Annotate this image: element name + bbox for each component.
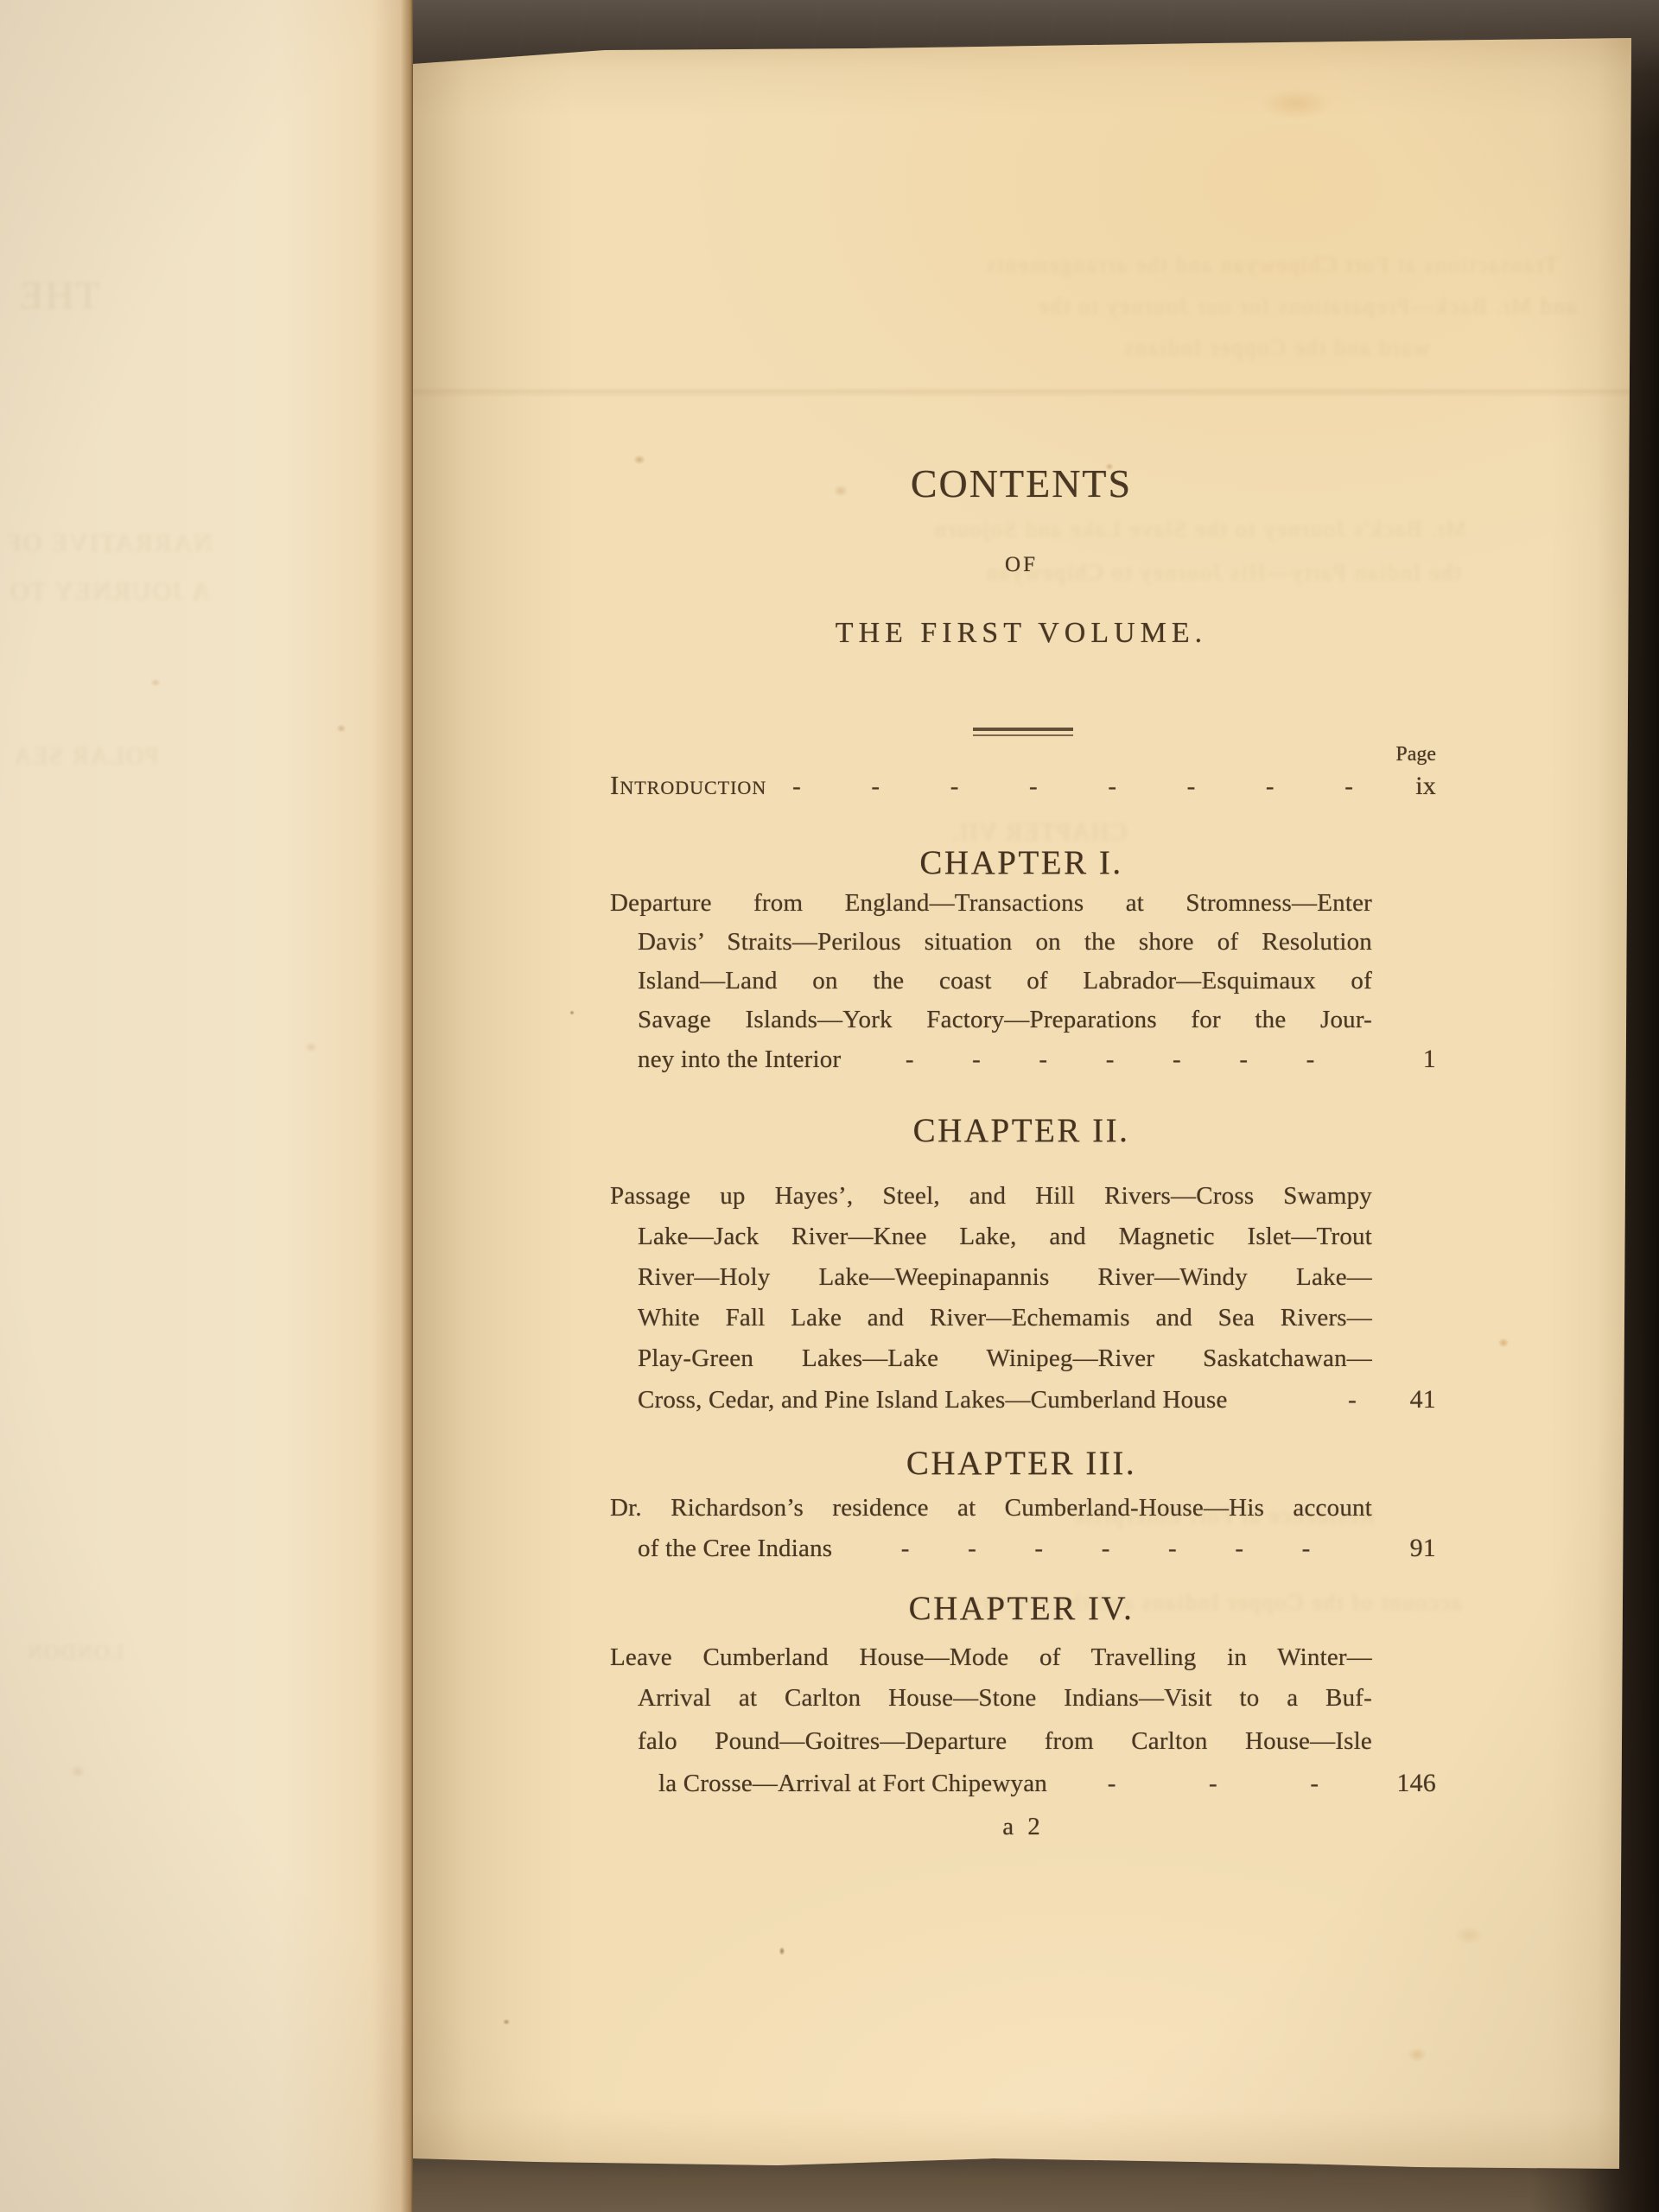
- chapter-heading: CHAPTER I.: [607, 846, 1436, 880]
- toc-entry-line: River—Holy Lake—Weepinapannis River—Wind…: [607, 1265, 1372, 1290]
- dash-leaders: - - - - - - -: [832, 1536, 1379, 1561]
- page-title-of: OF: [607, 554, 1436, 575]
- toc-entry-line: Island—Land on the coast of Labrador—Esq…: [607, 969, 1372, 994]
- toc-page-number: 91: [1379, 1535, 1436, 1561]
- signature-mark: a 2: [607, 1815, 1436, 1840]
- toc-entry-end-line: la Crosse—Arrival at Fort Chipewyan - - …: [607, 1770, 1436, 1796]
- ornamental-rule: [973, 728, 1073, 736]
- toc-entry-line: Departure from England—Transactions at S…: [607, 891, 1372, 916]
- toc-entry-line: Leave Cumberland House—Mode of Travellin…: [607, 1645, 1372, 1670]
- ghost-bleed-line: POLAR SEA: [12, 743, 159, 771]
- facing-page: THE NARRATIVE OF A JOURNEY TO POLAR SEA …: [0, 0, 413, 2212]
- toc-entry-line: Savage Islands—York Factory—Preparations…: [607, 1007, 1372, 1033]
- page-title-volume: THE FIRST VOLUME.: [607, 619, 1436, 648]
- toc-entry-line: Passage up Hayes’, Steel, and Hill River…: [607, 1184, 1372, 1209]
- contents-page: Transactions at Fort Chipewyan and the a…: [413, 35, 1633, 2183]
- toc-entry-line: Play-Green Lakes—Lake Winipeg—River Sask…: [607, 1346, 1372, 1371]
- toc-entry-line: Lake—Jack River—Knee Lake, and Magnetic …: [607, 1224, 1372, 1249]
- toc-entry-label: Cross, Cedar, and Pine Island Lakes—Cumb…: [607, 1388, 1228, 1413]
- toc-entry-introduction: Introduction - - - - - - - - ix: [607, 772, 1436, 799]
- ghost-bleed-line: NARRATIVE OF: [5, 529, 213, 558]
- toc-entry-label: of the Cree Indians: [607, 1536, 832, 1561]
- toc-page-number: 41: [1379, 1387, 1436, 1413]
- table-of-contents: CONTENTS OF THE FIRST VOLUME. Page Intro…: [607, 0, 1436, 2212]
- toc-entry-end-line: of the Cree Indians - - - - - - - 91: [607, 1535, 1436, 1561]
- toc-entry-line: White Fall Lake and River—Echemamis and …: [607, 1306, 1372, 1331]
- toc-page-number: 146: [1379, 1770, 1436, 1796]
- chapter-heading: CHAPTER II.: [607, 1114, 1436, 1147]
- page-title: CONTENTS: [607, 464, 1436, 504]
- dash-leaders: - - - - - - - -: [766, 774, 1379, 799]
- dash-leaders: -: [1228, 1388, 1379, 1413]
- toc-entry-label: Introduction: [607, 772, 766, 798]
- page-column-label: Page: [1395, 744, 1436, 765]
- toc-entry-line: Dr. Richardson’s residence at Cumberland…: [607, 1496, 1372, 1521]
- ghost-bleed-line: LONDON: [26, 1642, 124, 1665]
- toc-page-number: 1: [1379, 1046, 1436, 1072]
- toc-entry-line: Arrival at Carlton House—Stone Indians—V…: [607, 1686, 1372, 1711]
- dash-leaders: - - - - - - -: [841, 1047, 1379, 1072]
- toc-entry-label: ney into the Interior: [607, 1047, 841, 1072]
- ghost-bleed-line: THE: [17, 272, 99, 318]
- toc-entry-end-line: ney into the Interior - - - - - - - 1: [607, 1046, 1436, 1072]
- toc-page-number: ix: [1379, 773, 1436, 799]
- toc-entry-line: Davis’ Straits—Perilous situation on the…: [607, 930, 1372, 955]
- chapter-heading: CHAPTER III.: [607, 1446, 1436, 1480]
- chapter-heading: CHAPTER IV.: [607, 1592, 1436, 1625]
- toc-entry-line: falo Pound—Goitres—Departure from Carlto…: [607, 1729, 1372, 1754]
- photograph-of-book-contents-page: THE NARRATIVE OF A JOURNEY TO POLAR SEA …: [0, 0, 1659, 2212]
- toc-entry-label: la Crosse—Arrival at Fort Chipewyan: [607, 1771, 1047, 1796]
- dash-leaders: - - -: [1047, 1771, 1379, 1796]
- ghost-bleed-line: A JOURNEY TO: [9, 577, 210, 607]
- toc-entry-end-line: Cross, Cedar, and Pine Island Lakes—Cumb…: [607, 1387, 1436, 1413]
